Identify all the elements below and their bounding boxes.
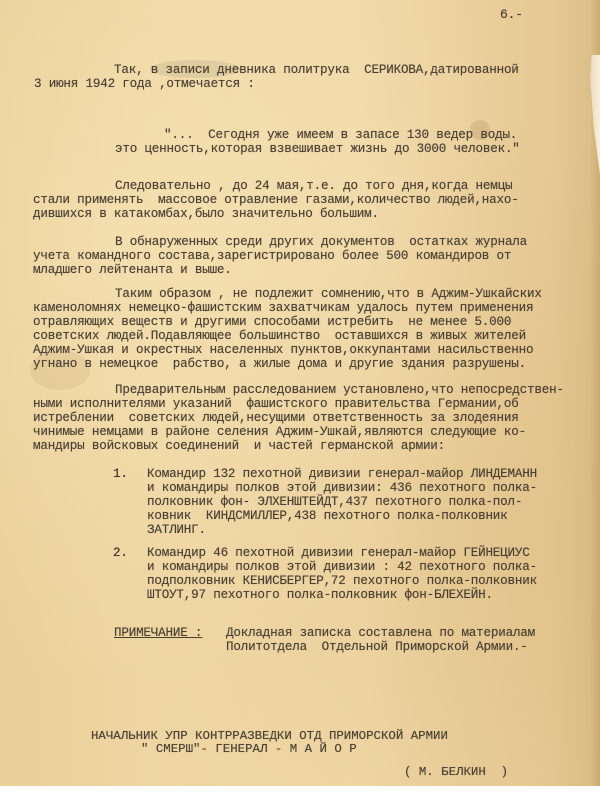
list-item-line: ШТОУТ,97 пехотного полка-полковник фон-Б…: [147, 589, 493, 602]
list-item-line: и командиры полков этой дивизии : 42 пех…: [147, 561, 537, 574]
note-label: ПРИМЕЧАНИЕ :: [114, 627, 202, 640]
signature-rank: " СМЕРШ"- ГЕНЕРАЛ - М А Й О Р: [141, 743, 357, 756]
paragraph-line: дившихся в катакомбах,было значительно б…: [33, 208, 379, 221]
list-item-line: подполковник КЕНИСБЕРГЕР,72 пехотного по…: [147, 575, 537, 588]
list-item-number: 1.: [113, 468, 128, 481]
quote-line: "... Сегодня уже имеем в запасе 130 веде…: [164, 129, 517, 142]
intro-line: Так, в записи дневника политрука СЕРИКОВ…: [114, 64, 519, 77]
signature-name: ( М. БЕЛКИН ): [404, 766, 508, 779]
list-item-line: полковник фон- ЭЛХЕНШТЕЙДТ,437 пехотного…: [147, 496, 522, 509]
paragraph-line: младшего лейтенанта и выше.: [33, 264, 232, 277]
paragraph-line: Предварительным расследованием установле…: [115, 384, 564, 397]
list-item-line: ковник КИНДСМИЛЛЕР,438 пехотного полка-п…: [147, 510, 508, 523]
paragraph-line: ными исполнителями указаний фашистского …: [33, 398, 519, 411]
page-number: 6.-: [500, 8, 523, 21]
paragraph-line: мандиры войсковых соединений и частей ге…: [33, 440, 445, 453]
paragraph-line: каменоломнях немецко-фашистским захватчи…: [33, 302, 533, 315]
document-page: 6.- Так, в записи дневника политрука СЕР…: [0, 0, 600, 786]
intro-line: 3 июня 1942 года ,отмечается :: [34, 78, 255, 91]
note-line: Политотдела Отдельной Приморской Армии.-: [226, 641, 528, 654]
paragraph-line: Следовательно , до 24 мая,т.е. до того д…: [115, 180, 512, 193]
note-line: Докладная записка составлена по материал…: [226, 627, 535, 640]
list-item-line: ЗАТЛИНГ.: [147, 524, 206, 537]
quote-line: это ценность,которая взвешивает жизнь до…: [115, 143, 520, 156]
paragraph-line: Таким образом , не подлежит сомнению,что…: [115, 288, 542, 301]
paragraph-line: угнано в немецкое рабство, а жилые дома …: [33, 358, 526, 371]
paragraph-line: советских людей.Подавляющее большинство …: [33, 330, 526, 343]
paragraph-line: учета командного состава,зарегистрирован…: [33, 250, 511, 263]
paragraph-line: отравляющих веществ и другими способами …: [33, 316, 511, 329]
paragraph-line: чинимые немцами в районе селения Аджим-У…: [33, 426, 526, 439]
list-item-line: и командиры полков этой дивизии: 436 пех…: [147, 482, 537, 495]
paragraph-line: Аджим-Ушкая и окрестных населенных пункт…: [33, 344, 533, 357]
paragraph-line: В обнаруженных среди других документов о…: [115, 236, 527, 249]
paragraph-line: стали применять массовое отравление газа…: [33, 194, 519, 207]
list-item-line: Командир 132 пехотной дивизии генерал-ма…: [147, 468, 537, 481]
list-item-line: Командир 46 пехотной дивизии генерал-май…: [147, 547, 530, 560]
paragraph-line: истреблении советских людей,несущими отв…: [33, 412, 519, 425]
list-item-number: 2.: [113, 547, 128, 560]
